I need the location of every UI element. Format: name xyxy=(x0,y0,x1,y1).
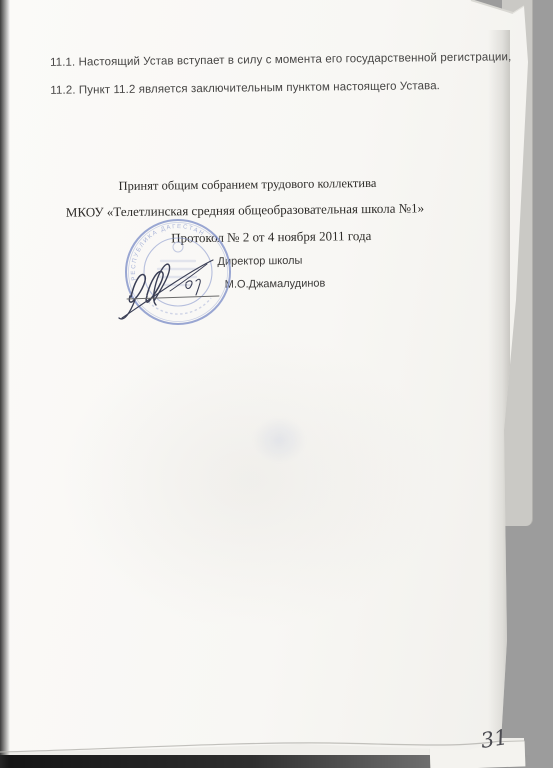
protocol-line: Протокол № 2 от 4 ноября 2011 года xyxy=(171,228,371,246)
clause-11-1: 11.1. Настоящий Устав вступает в силу с … xyxy=(50,51,511,69)
adoption-line-2: МКОУ «Телетлинская средняя общеобразоват… xyxy=(66,200,424,220)
adoption-line-1: Принят общим собранием трудового коллект… xyxy=(118,176,376,194)
signature-name: М.О.Джамалудинов xyxy=(225,278,326,291)
typed-text-layer: 11.1. Настоящий Устав вступает в силу с … xyxy=(0,0,553,768)
scanned-document-page: 11.1. Настоящий Устав вступает в силу с … xyxy=(0,0,553,768)
clause-11-2: 11.2. Пункт 11.2 является заключительным… xyxy=(50,80,440,97)
signature-title: Директор школы xyxy=(217,255,302,268)
